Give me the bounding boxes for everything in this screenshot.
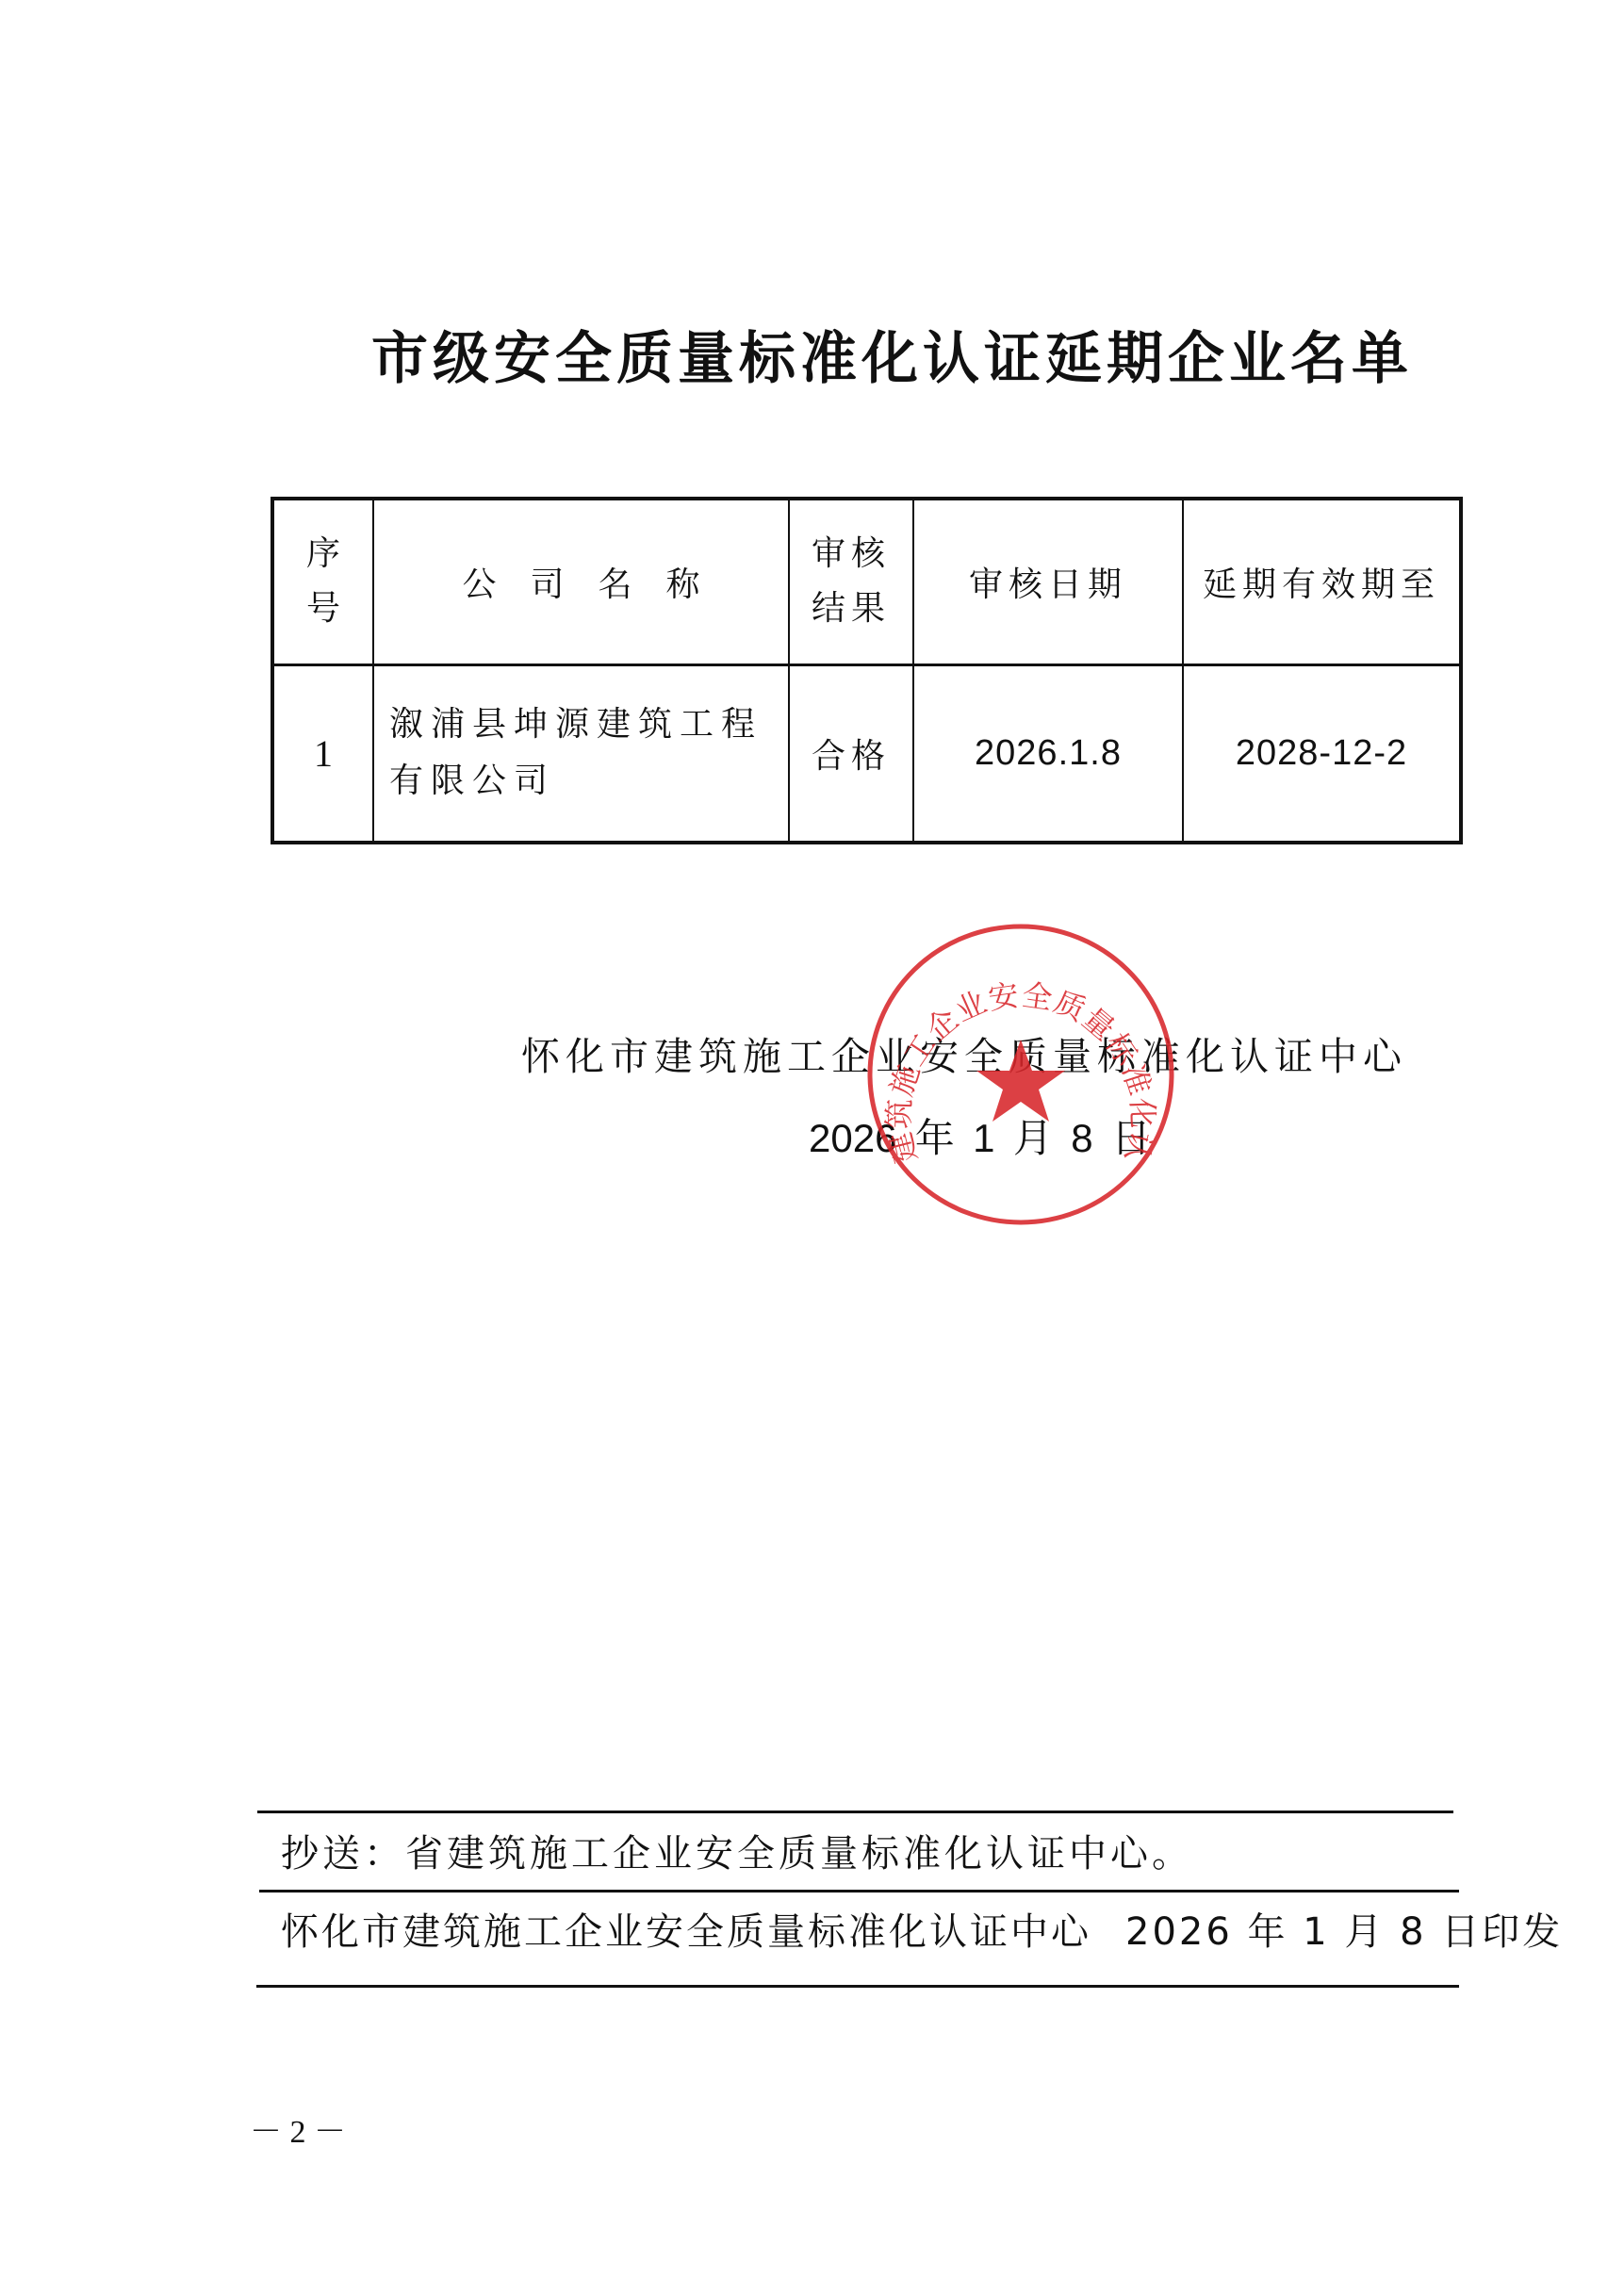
cell-company: 溆浦县坤源建筑工程 有限公司 <box>373 664 789 843</box>
header-result-line2: 结果 <box>812 589 891 628</box>
company-name-line2: 有限公司 <box>389 762 555 800</box>
signature-date-day-unit: 日 <box>1111 1115 1151 1161</box>
header-result: 审核 结果 <box>789 499 913 664</box>
cell-result: 合格 <box>789 664 913 843</box>
header-valid-until-label: 延期有效期至 <box>1203 565 1440 604</box>
issuer-organization: 怀化市建筑施工企业安全质量标准化认证中心 <box>281 1910 1091 1954</box>
signature-date-day: 8 <box>1071 1116 1092 1160</box>
document-title: 市级安全质量标准化认证延期企业名单 <box>371 326 1357 392</box>
signature-date-month: 1 <box>973 1116 994 1160</box>
header-company: 公司名称 <box>373 499 789 664</box>
footer-rule-top <box>257 1811 1453 1813</box>
issue-date: 2026 年 1 月 8 日印发 <box>1125 1910 1563 1954</box>
signature-date-year: 2026 <box>809 1116 896 1160</box>
header-seq-line1: 序 <box>306 534 340 573</box>
header-seq: 序 号 <box>272 499 373 664</box>
table-row: 1 溆浦县坤源建筑工程 有限公司 合格 2026.1.8 2028-12-2 <box>272 664 1461 843</box>
header-review-date: 审核日期 <box>913 499 1183 664</box>
cc-label: 抄送： <box>281 1832 405 1876</box>
footer-issuer: 怀化市建筑施工企业安全质量标准化认证中心2026 年 1 月 8 日印发 <box>281 1909 1563 1955</box>
cell-seq: 1 <box>272 664 373 843</box>
header-seq-line2: 号 <box>306 589 340 628</box>
certification-extension-table: 序 号 公司名称 审核 结果 审核日期 延期有效期至 1 <box>271 497 1463 844</box>
signature-date-month-unit: 月 <box>1013 1115 1053 1161</box>
header-result-line1: 审核 <box>812 534 891 573</box>
page-number: － 2 － <box>250 2114 346 2152</box>
header-company-label: 公司名称 <box>462 565 733 604</box>
header-valid-until: 延期有效期至 <box>1183 499 1461 664</box>
table-header-row: 序 号 公司名称 审核 结果 审核日期 延期有效期至 <box>272 499 1461 664</box>
signature-date: 2026 年 1 月 8 日 <box>809 1115 1151 1162</box>
cell-valid-until: 2028-12-2 <box>1183 664 1461 843</box>
signature-organization: 怀化市建筑施工企业安全质量标准化认证中心 <box>521 1033 1407 1080</box>
signature-date-year-unit: 年 <box>915 1115 955 1161</box>
company-name-line1: 溆浦县坤源建筑工程 <box>389 705 763 744</box>
footer-cc: 抄送：省建筑施工企业安全质量标准化认证中心。 <box>281 1831 1193 1876</box>
cell-review-date: 2026.1.8 <box>913 664 1183 843</box>
cc-value: 省建筑施工企业安全质量标准化认证中心。 <box>405 1832 1193 1876</box>
header-review-date-label: 审核日期 <box>969 565 1127 604</box>
footer-rule-middle <box>259 1890 1459 1893</box>
footer-rule-bottom <box>256 1985 1459 1988</box>
